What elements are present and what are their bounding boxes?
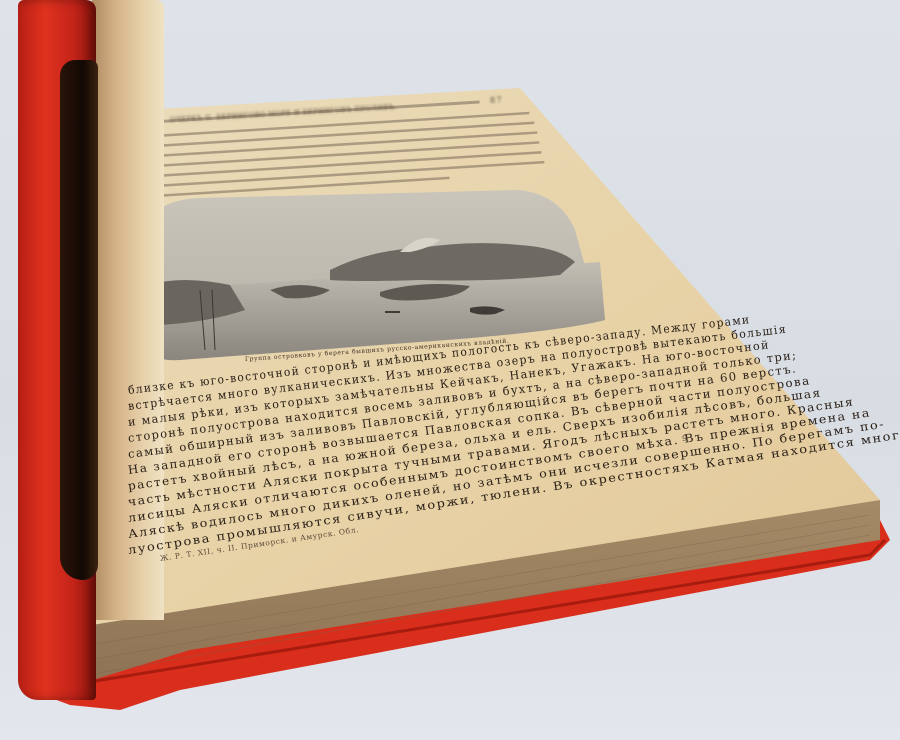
spine-shadow <box>60 60 98 580</box>
book-photo: ОЧЕРКЪ II. БЕРИНГОВО МОРЕ И БЕРИНГОВЪ ПР… <box>0 0 900 740</box>
standing-pages <box>92 0 164 620</box>
